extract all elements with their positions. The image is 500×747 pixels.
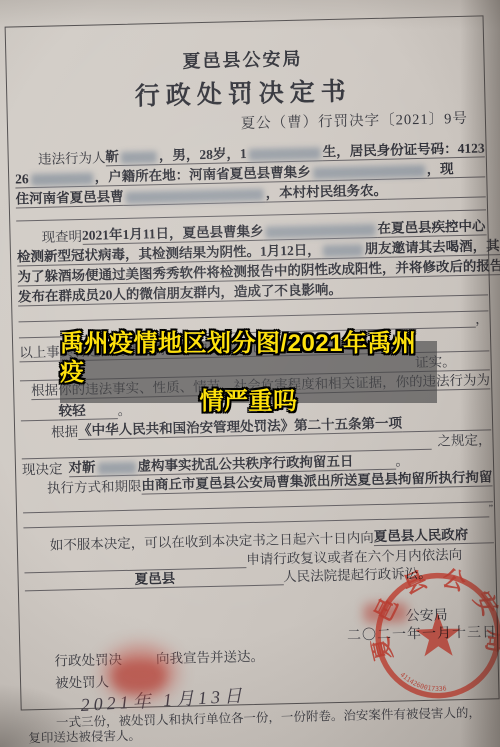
underline-seg bbox=[29, 170, 95, 189]
caption-line-1: 禹州疫情地区划分图/2021年禹州疫 bbox=[60, 329, 437, 387]
underline-seg bbox=[119, 148, 159, 166]
field-value: ，现 bbox=[426, 161, 453, 179]
field-label: 根据 bbox=[51, 424, 78, 441]
field-value: 靳 bbox=[105, 149, 119, 166]
field-value: ，男，28岁，1 bbox=[159, 146, 247, 165]
field-value: 26 bbox=[15, 171, 29, 188]
field-value: 朋友邀请其去喝酒，其 bbox=[365, 238, 500, 258]
indent-spacer bbox=[28, 727, 56, 728]
trailing-comma: ， bbox=[475, 311, 489, 327]
underline-seg bbox=[321, 241, 365, 259]
field-label: 现查明 bbox=[41, 229, 82, 246]
caption-overlay-banner: 禹州疫情地区划分图/2021年禹州疫 情严重吗 bbox=[60, 341, 437, 403]
underline-fill bbox=[486, 234, 487, 235]
underline-seg bbox=[95, 459, 137, 477]
redacted-blur bbox=[121, 151, 157, 164]
red-redaction-blur bbox=[363, 602, 407, 623]
field-value: 较轻 bbox=[59, 403, 86, 421]
svg-text:4114260017336: 4114260017336 bbox=[398, 670, 447, 694]
redacted-blur bbox=[97, 462, 135, 475]
field-value: 在夏邑县疾控中心 bbox=[377, 218, 485, 238]
statement-text: 之规定， bbox=[437, 432, 491, 449]
seal-star-icon bbox=[415, 612, 462, 656]
redacted-blur bbox=[249, 147, 321, 161]
official-seal: 夏邑县公安局 4114260017336 bbox=[368, 566, 500, 705]
footer-text: 复印送达被侵害人。 bbox=[28, 729, 141, 746]
field-label: 现决定 bbox=[22, 461, 63, 478]
redacted-blur bbox=[265, 224, 375, 239]
field-value: 对靳 bbox=[68, 460, 95, 478]
redacted-blur bbox=[323, 244, 363, 257]
underline-seg bbox=[246, 144, 322, 163]
trailing-quote: ” bbox=[488, 501, 493, 517]
red-stamp-blur-core bbox=[113, 660, 166, 693]
redacted-blur bbox=[313, 165, 425, 180]
underline-seg bbox=[263, 221, 377, 241]
redacted-blur bbox=[31, 173, 93, 186]
field-label: 违法行为人 bbox=[38, 150, 106, 168]
period-mark: 。 bbox=[118, 403, 132, 419]
caption-line-2: 情严重吗 bbox=[200, 387, 298, 416]
period-mark: 。 bbox=[395, 453, 409, 469]
underline-seg bbox=[310, 162, 426, 182]
field-value: 夏邑县 bbox=[134, 571, 175, 589]
seal-serial: 4114260017336 bbox=[398, 670, 447, 694]
field-value: 夏邑县人民政府 bbox=[374, 527, 469, 546]
photographed-penalty-document: { "header": { "agency": "夏邑县公安局", "title… bbox=[0, 0, 500, 747]
